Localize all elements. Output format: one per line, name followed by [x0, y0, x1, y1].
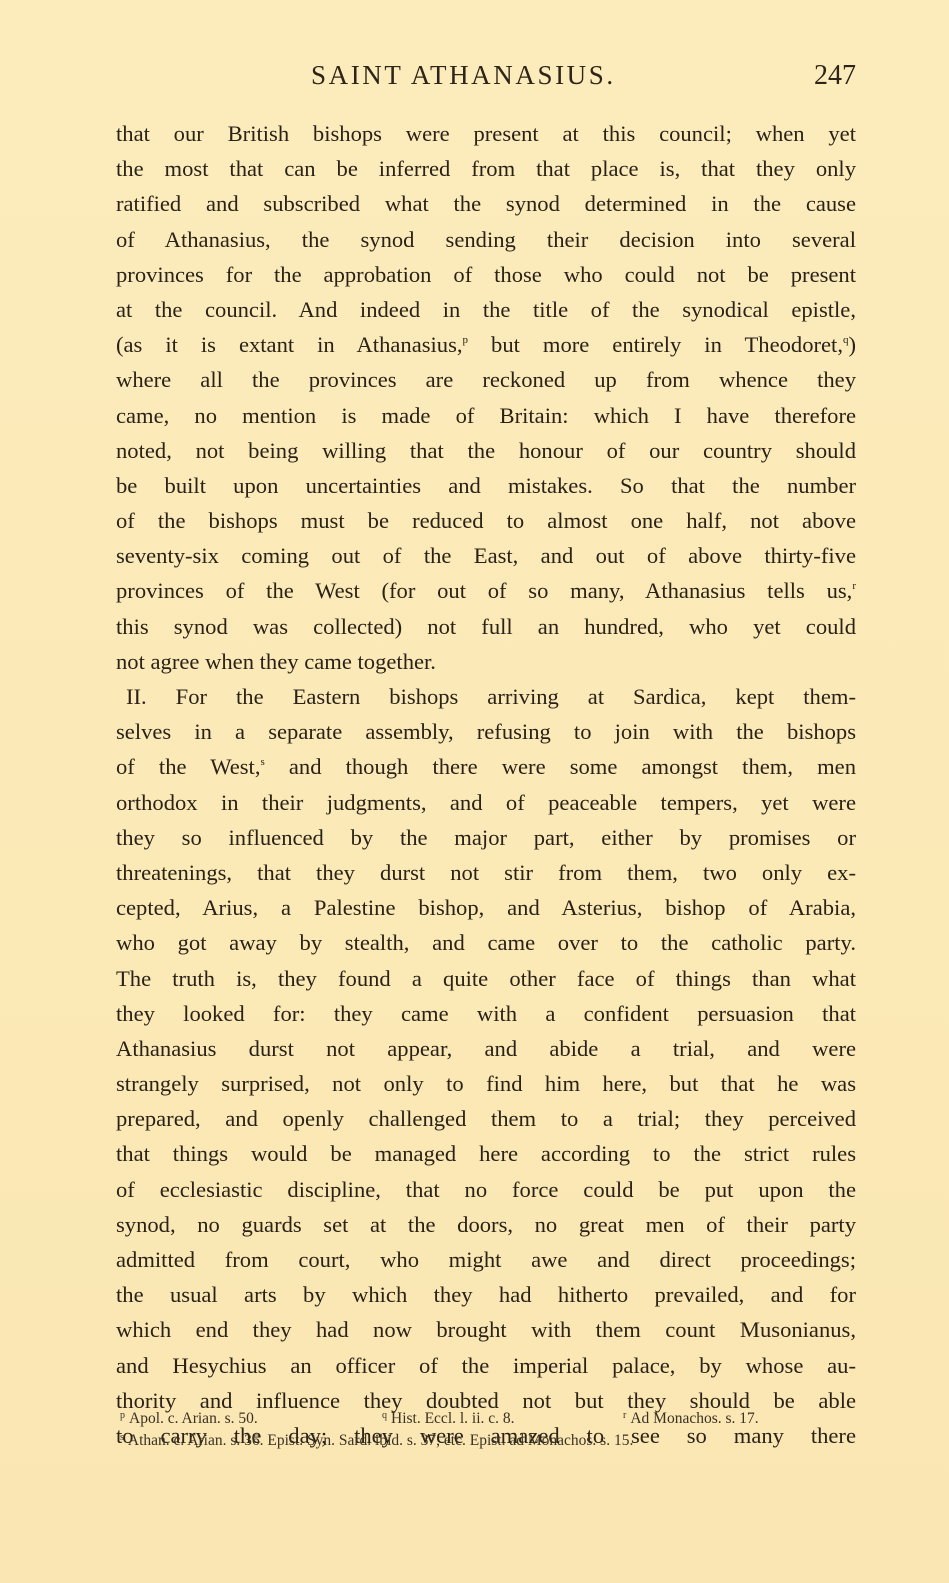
text-line: threatenings, that they durst not stir f…	[116, 855, 856, 890]
text-line: who got away by stealth, and came over t…	[116, 925, 856, 960]
text-line: that our British bishops were present at…	[116, 116, 856, 151]
text-line: provinces for the approbation of those w…	[116, 257, 856, 292]
text-line: noted, not being willing that the honour…	[116, 433, 856, 468]
text-line: synod, no guards set at the doors, no gr…	[116, 1207, 856, 1242]
text-line: strangely surprised, not only to find hi…	[116, 1066, 856, 1101]
text-line: not agree when they came together.	[116, 644, 856, 679]
text-line: and Hesychius an officer of the imperial…	[116, 1348, 856, 1383]
text-line: admitted from court, who might awe and d…	[116, 1242, 856, 1277]
footnote-s: sAthan. c. Arian. s. 36. Epist. Syn. Sar…	[120, 1430, 633, 1452]
running-head: SAINT ATHANASIUS. 247	[116, 60, 856, 100]
paragraph-start-line: II. For the Eastern bishops arriving at …	[116, 679, 856, 714]
text-line: prepared, and openly challenged them to …	[116, 1101, 856, 1136]
text-line: of the West,s and though there were some…	[116, 749, 856, 784]
text-line: this synod was collected) not full an hu…	[116, 609, 856, 644]
book-page: SAINT ATHANASIUS. 247 that our British b…	[0, 0, 949, 1583]
text-line: ratified and subscribed what the synod d…	[116, 186, 856, 221]
text-line: of the bishops must be reduced to almost…	[116, 503, 856, 538]
body-text: that our British bishops were present at…	[116, 116, 856, 1453]
text-line: cepted, Arius, a Palestine bishop, and A…	[116, 890, 856, 925]
page-number: 247	[814, 60, 856, 92]
text-line: that things would be managed here accord…	[116, 1136, 856, 1171]
text-line: the most that can be inferred from that …	[116, 151, 856, 186]
text-line: they so influenced by the major part, ei…	[116, 820, 856, 855]
text-line: (as it is extant in Athanasius,p but mor…	[116, 327, 856, 362]
text-line: orthodox in their judgments, and of peac…	[116, 785, 856, 820]
footnote-r: rAd Monachos. s. 17.	[623, 1408, 759, 1430]
text-line: where all the provinces are reckoned up …	[116, 362, 856, 397]
text-line: Athanasius durst not appear, and abide a…	[116, 1031, 856, 1066]
text-line: The truth is, they found a quite other f…	[116, 961, 856, 996]
text-line: came, no mention is made of Britain: whi…	[116, 398, 856, 433]
text-line: selves in a separate assembly, refusing …	[116, 714, 856, 749]
text-line: the usual arts by which they had hithert…	[116, 1277, 856, 1312]
running-title: SAINT ATHANASIUS.	[311, 60, 616, 91]
text-line: of ecclesiastic discipline, that no forc…	[116, 1172, 856, 1207]
text-line: provinces of the West (for out of so man…	[116, 573, 856, 608]
footnote-q: qHist. Eccl. l. ii. c. 8.	[382, 1408, 515, 1430]
footnote-ref-r: r	[852, 580, 856, 592]
footnote-p: pApol. c. Arian. s. 50.	[120, 1408, 258, 1430]
footnotes: pApol. c. Arian. s. 50. qHist. Eccl. l. …	[120, 1408, 852, 1452]
text-line: seventy-six coming out of the East, and …	[116, 538, 856, 573]
text-line: of Athanasius, the synod sending their d…	[116, 222, 856, 257]
footnote-row: sAthan. c. Arian. s. 36. Epist. Syn. Sar…	[120, 1430, 852, 1452]
text-line: at the council. And indeed in the title …	[116, 292, 856, 327]
text-line: they looked for: they came with a confid…	[116, 996, 856, 1031]
footnote-row: pApol. c. Arian. s. 50. qHist. Eccl. l. …	[120, 1408, 852, 1430]
text-line: be built upon uncertainties and mistakes…	[116, 468, 856, 503]
text-line: which end they had now brought with them…	[116, 1312, 856, 1347]
